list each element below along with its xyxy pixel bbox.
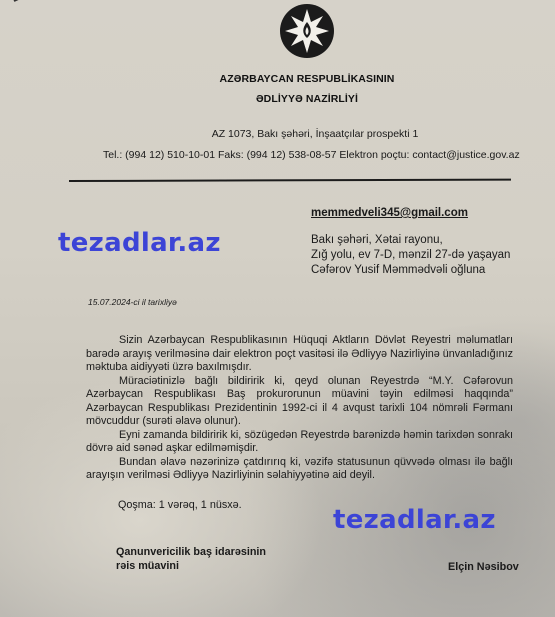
org-name-line-1: AZƏRBAYCAN RESPUBLİKASININ: [0, 73, 555, 85]
paragraph: Müraciətinizlə bağlı bildiririk ki, qeyd…: [86, 375, 513, 429]
recipient-line: Cəfərov Yusif Məmmədvəli oğluna: [311, 263, 510, 278]
recipient-address: Bakı şəhəri, Xətai rayonu, Zığ yolu, ev …: [311, 233, 510, 278]
watermark-text: tezadlar.az: [333, 505, 496, 535]
signatory-title-line: rəis müavini: [116, 559, 266, 573]
signatory-title: Qanunvericilik baş idarəsinin rəis müavi…: [116, 545, 266, 573]
document-page: AZƏRBAYCAN RESPUBLİKASININ ƏDLİYYƏ NAZİR…: [0, 0, 555, 617]
org-contacts: Tel.: (994 12) 510-10-01 Faks: (994 12) …: [103, 149, 520, 161]
state-emblem-icon: [278, 2, 336, 60]
signatory-title-line: Qanunvericilik baş idarəsinin: [116, 545, 266, 559]
paragraph: Sizin Azərbaycan Respublikasının Hüquqi …: [86, 334, 513, 375]
header-divider: [69, 179, 511, 182]
watermark-text: tezadlar.az: [58, 228, 221, 258]
recipient-line: Zığ yolu, ev 7-D, mənzil 27-də yaşayan: [311, 248, 510, 263]
paragraph: Bundan əlavə nəzərinizə çatdırırıq ki, v…: [86, 456, 513, 483]
pen-mark: [14, 0, 35, 2]
recipient-email: memmedveli345@gmail.com: [311, 207, 468, 219]
letter-body: Sizin Azərbaycan Respublikasının Hüquqi …: [86, 334, 513, 483]
org-name-line-2: ƏDLİYYƏ NAZİRLİYİ: [0, 93, 555, 105]
recipient-line: Bakı şəhəri, Xətai rayonu,: [311, 233, 510, 248]
org-address: AZ 1073, Bakı şəhəri, İnşaatçılar prospe…: [0, 128, 555, 140]
attachment-note: Qoşma: 1 vərəq, 1 nüsxə.: [118, 499, 242, 511]
reference-date: 15.07.2024-ci il tarixliyə: [88, 297, 177, 307]
paragraph: Eyni zamanda bildiririk ki, sözügedən Re…: [86, 429, 513, 456]
signatory-name: Elçin Nəsibov: [448, 561, 519, 573]
